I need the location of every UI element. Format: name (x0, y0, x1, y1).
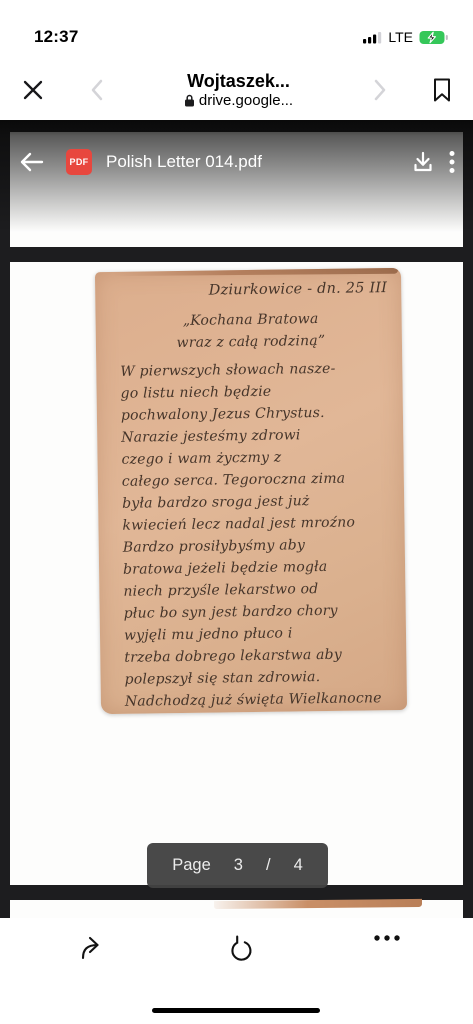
lock-icon (184, 94, 195, 107)
letter-line: Nadchodzą już święta Wielkanocne (117, 687, 395, 713)
letter-line: wraz z całą rodziną” (112, 329, 390, 355)
pdf-file-icon: PDF (66, 149, 92, 175)
page-indicator-current: 3 (234, 856, 243, 875)
browser-header: Wojtaszek... drive.google... (0, 60, 473, 120)
overflow-menu-icon (449, 150, 455, 174)
cellular-signal-icon (363, 31, 382, 44)
bottom-toolbar (0, 918, 473, 1024)
share-button[interactable] (76, 934, 108, 964)
battery-charging-icon (419, 30, 449, 45)
chevron-right-icon (373, 78, 387, 102)
close-icon (20, 77, 46, 103)
chevron-left-icon (90, 78, 104, 102)
pdf-toolbar: PDF Polish Letter 014.pdf (0, 142, 473, 182)
page-title: Wojtaszek... (187, 71, 290, 92)
url-bar[interactable]: Wojtaszek... drive.google... (110, 71, 367, 109)
letter-line: kwiecień lecz nadal jest mroźno (114, 511, 392, 537)
close-button[interactable] (20, 77, 46, 103)
pdf-viewer-canvas[interactable]: Dziurkowice - dn. 25 III „Kochana Bratow… (0, 120, 473, 918)
back-button[interactable] (18, 151, 44, 173)
clock: 12:37 (34, 27, 78, 47)
page-indicator: Page 3 / 4 (147, 843, 328, 888)
page-indicator-total: 4 (294, 856, 303, 875)
phone-screen: 12:37 LTE (0, 0, 473, 1024)
page-domain: drive.google... (184, 92, 293, 109)
status-bar: 12:37 LTE (0, 0, 473, 60)
more-button[interactable] (373, 934, 401, 942)
nav-back-button[interactable] (90, 78, 104, 102)
bookmark-icon (431, 76, 453, 104)
more-icon (373, 934, 401, 942)
reload-icon (225, 934, 257, 966)
letter-line: Dziurkowice - dn. 25 III (111, 277, 389, 303)
pdf-filename: Polish Letter 014.pdf (106, 152, 397, 172)
share-icon (76, 934, 108, 964)
pdf-page-3: Dziurkowice - dn. 25 III „Kochana Bratow… (10, 262, 463, 885)
bookmark-button[interactable] (431, 76, 453, 104)
network-type-label: LTE (388, 29, 413, 45)
reload-button[interactable] (225, 934, 257, 966)
letter-scan: Dziurkowice - dn. 25 III „Kochana Bratow… (95, 268, 407, 714)
status-indicators: LTE (363, 29, 449, 45)
download-icon (411, 150, 435, 174)
download-button[interactable] (411, 150, 435, 174)
page-indicator-separator: / (266, 856, 271, 875)
next-page-paper-edge (214, 899, 422, 909)
page-indicator-label: Page (172, 856, 211, 875)
nav-forward-button[interactable] (373, 78, 387, 102)
domain-text: drive.google... (199, 92, 293, 109)
home-indicator[interactable] (152, 1008, 320, 1013)
back-arrow-icon (18, 151, 44, 173)
overflow-menu-button[interactable] (449, 150, 455, 174)
pdf-page-4-top (10, 900, 463, 918)
